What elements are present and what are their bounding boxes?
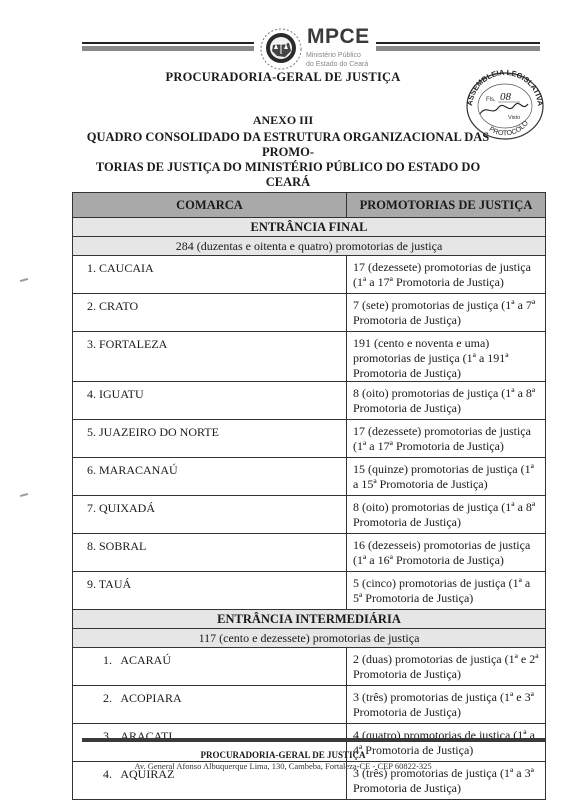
table-row: 1. ACARAÚ2 (duas) promotorias de justiça… (73, 648, 546, 686)
table-row: 5. JUAZEIRO DO NORTE17 (dezessete) promo… (73, 420, 546, 458)
table-row: 7. QUIXADÁ8 (oito) promotorias de justiç… (73, 496, 546, 534)
section-header-row: ENTRÂNCIA INTERMEDIÁRIA (73, 610, 546, 629)
table-row: 2. ACOPIARA3 (três) promotorias de justi… (73, 686, 546, 724)
mpce-emblem-icon (259, 27, 303, 71)
svg-text:08: 08 (500, 91, 512, 103)
column-header-comarca: COMARCA (73, 193, 347, 218)
footer-organization: PROCURADORIA-GERAL DE JUSTIÇA (0, 750, 566, 760)
table-row: 4. IGUATU8 (oito) promotorias de justiça… (73, 382, 546, 420)
comarca-cell: 9. TAUÁ (73, 572, 347, 610)
logo-subtitle-line-2: do Estado do Ceará (306, 60, 368, 69)
comarca-cell: 7. QUIXADÁ (73, 496, 347, 534)
table-row: 2. CRATO7 (sete) promotorias de justiça … (73, 294, 546, 332)
logo-text: MPCE (307, 26, 370, 48)
table-row: 1. CAUCAIA17 (dezessete) promotorias de … (73, 256, 546, 294)
promotorias-cell: 16 (dezesseis) promotorias de justiça (1… (347, 534, 546, 572)
comarca-cell: 4. IGUATU (73, 382, 347, 420)
promotorias-cell: 17 (dezessete) promotorias de justiça (1… (347, 256, 546, 294)
header-bar-left (82, 46, 254, 51)
svg-text:Fls.: Fls. (486, 97, 496, 103)
logo-subtitle: Ministério Público do Estado do Ceará (306, 51, 368, 69)
promotorias-cell: 5 (cinco) promotorias de justiça (1ª a 5… (347, 572, 546, 610)
header-rule-left (82, 42, 254, 44)
promotorias-cell: 191 (cento e noventa e uma) promotorias … (347, 332, 546, 382)
promotorias-cell: 2 (duas) promotorias de justiça (1ª e 2ª… (347, 648, 546, 686)
promotorias-cell: 8 (oito) promotorias de justiça (1ª a 8ª… (347, 382, 546, 420)
header-rule-right (376, 42, 540, 44)
scan-mark (20, 278, 28, 282)
table-row: 8. SOBRAL16 (dezesseis) promotorias de j… (73, 534, 546, 572)
column-header-promotorias: PROMOTORIAS DE JUSTIÇA (347, 193, 546, 218)
section-summary: 284 (duzentas e oitenta e quatro) promot… (73, 237, 546, 256)
table-row: 6. MARACANAÚ15 (quinze) promotorias de j… (73, 458, 546, 496)
footer-address: Av. General Afonso Albuquerque Lima, 130… (0, 761, 566, 771)
section-summary-row: 117 (cento e dezessete) promotorias de j… (73, 629, 546, 648)
comarca-cell: 6. MARACANAÚ (73, 458, 347, 496)
table-row: 3. FORTALEZA191 (cento e noventa e uma) … (73, 332, 546, 382)
comarca-cell: 5. JUAZEIRO DO NORTE (73, 420, 347, 458)
header-bar-right (376, 46, 540, 51)
promotorias-cell: 8 (oito) promotorias de justiça (1ª a 8ª… (347, 496, 546, 534)
comarca-cell: 2. CRATO (73, 294, 347, 332)
footer-rule (82, 738, 546, 742)
promotorias-cell: 7 (sete) promotorias de justiça (1ª a 7ª… (347, 294, 546, 332)
table-header-row: COMARCA PROMOTORIAS DE JUSTIÇA (73, 193, 546, 218)
table-body: ENTRÂNCIA FINAL284 (duzentas e oitenta e… (73, 218, 546, 800)
promotorias-cell: 17 (dezessete) promotorias de justiça (1… (347, 420, 546, 458)
section-summary: 117 (cento e dezessete) promotorias de j… (73, 629, 546, 648)
document-title-line-2: TORIAS DE JUSTIÇA DO MINISTÉRIO PÚBLICO … (78, 160, 498, 190)
section-name: ENTRÂNCIA INTERMEDIÁRIA (73, 610, 546, 629)
promotorias-cell: 3 (três) promotorias de justiça (1ª e 3ª… (347, 686, 546, 724)
document-title-line-1: QUADRO CONSOLIDADO DA ESTRUTURA ORGANIZA… (78, 130, 498, 160)
comarca-cell: 1. CAUCAIA (73, 256, 347, 294)
scan-mark (20, 493, 28, 497)
section-header-row: ENTRÂNCIA FINAL (73, 218, 546, 237)
comarca-cell: 1. ACARAÚ (73, 648, 347, 686)
comarca-cell: 8. SOBRAL (73, 534, 347, 572)
promotorias-cell: 15 (quinze) promotorias de justiça (1ª a… (347, 458, 546, 496)
table-row: 9. TAUÁ5 (cinco) promotorias de justiça … (73, 572, 546, 610)
section-name: ENTRÂNCIA FINAL (73, 218, 546, 237)
logo-subtitle-line-1: Ministério Público (306, 51, 368, 60)
comarca-cell: 3. FORTALEZA (73, 332, 347, 382)
comarca-cell: 2. ACOPIARA (73, 686, 347, 724)
section-summary-row: 284 (duzentas e oitenta e quatro) promot… (73, 237, 546, 256)
document-title: QUADRO CONSOLIDADO DA ESTRUTURA ORGANIZA… (78, 130, 498, 190)
promotorias-table: COMARCA PROMOTORIAS DE JUSTIÇA ENTRÂNCIA… (72, 192, 546, 800)
annex-label: ANEXO III (0, 113, 566, 128)
